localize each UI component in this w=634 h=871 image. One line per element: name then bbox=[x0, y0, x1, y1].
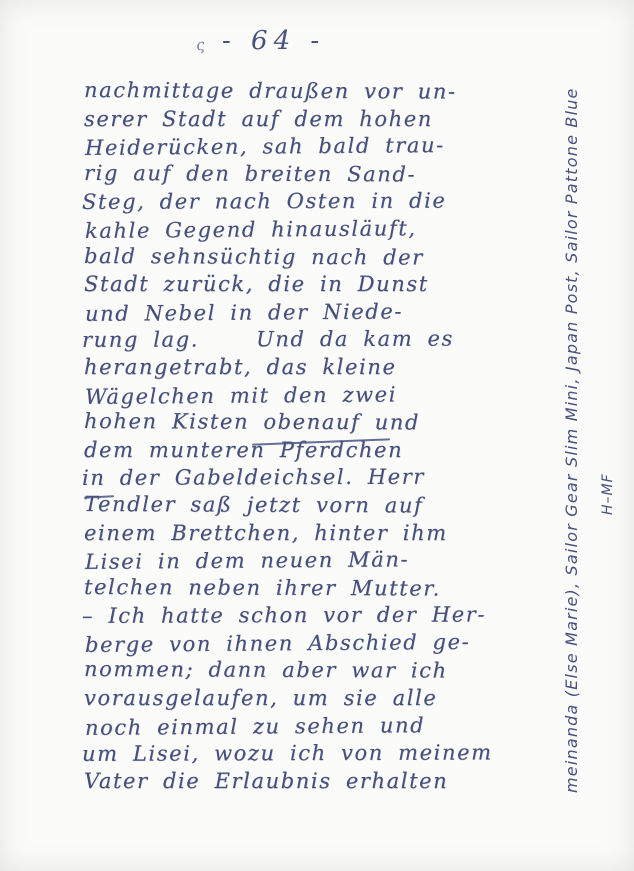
handwriting-line: nachmittage draußen vor un- bbox=[84, 77, 562, 107]
handwriting-line: um Lisei, wozu ich von meinem bbox=[82, 739, 560, 768]
handwriting-line: Wägelchen mit den zwei bbox=[85, 380, 563, 411]
handwriting-line: serer Stadt auf dem hohen bbox=[84, 106, 562, 134]
handwriting-line: einem Brettchen, hinter ihm bbox=[84, 520, 562, 548]
handwriting-line: Tendler saß jetzt vorn auf bbox=[84, 491, 562, 521]
handwriting-line: hohen Kisten obenauf und bbox=[84, 408, 562, 438]
handwriting-line: Heiderücken, sah bald trau- bbox=[85, 131, 563, 162]
handwriting-line: nommen; dann aber war ich bbox=[84, 656, 562, 686]
handwriting-line: noch einmal zu sehen und bbox=[85, 711, 563, 742]
handwriting-line: in der Gabeldeichsel. Herr bbox=[82, 463, 560, 492]
handwriting-line: kahle Gegend hinausläuft, bbox=[85, 214, 563, 245]
handwriting-line: und Nebel in der Niede- bbox=[85, 297, 563, 328]
handwriting-line: Steg, der nach Osten in die bbox=[82, 188, 560, 217]
margin-note-pen-and-ink: meinanda (Else Marie), Sailor Gear Slim … bbox=[562, 61, 588, 793]
handwriting-line: vorausgelaufen, um sie alle bbox=[84, 685, 562, 713]
margin-note-nib-size: H–MF bbox=[600, 435, 620, 515]
handwriting-line: Lisei in dem neuen Män- bbox=[85, 545, 563, 576]
handwriting-line: – Ich hatte schon vor der Her- bbox=[82, 601, 560, 630]
handwriting-line: rung lag. Und da kam es bbox=[82, 326, 560, 355]
page-number: - 64 - bbox=[222, 26, 325, 56]
stray-ink-mark: ς bbox=[195, 36, 206, 55]
scanned-page: ς - 64 - nachmittage draußen vor un- ser… bbox=[0, 0, 634, 871]
handwritten-text-block: nachmittage draußen vor un- serer Stadt … bbox=[84, 78, 562, 795]
handwriting-line: Vater die Erlaubnis erhalten bbox=[84, 768, 562, 796]
handwriting-line: herangetrabt, das kleine bbox=[84, 354, 562, 382]
handwriting-line: rig auf den breiten Sand- bbox=[84, 160, 562, 190]
handwriting-line: Stadt zurück, die in Dunst bbox=[84, 271, 562, 299]
handwriting-line: bald sehnsüchtig nach der bbox=[84, 243, 562, 273]
handwriting-line: telchen neben ihrer Mutter. bbox=[84, 574, 562, 604]
handwriting-line: berge von ihnen Abschied ge- bbox=[85, 628, 563, 659]
